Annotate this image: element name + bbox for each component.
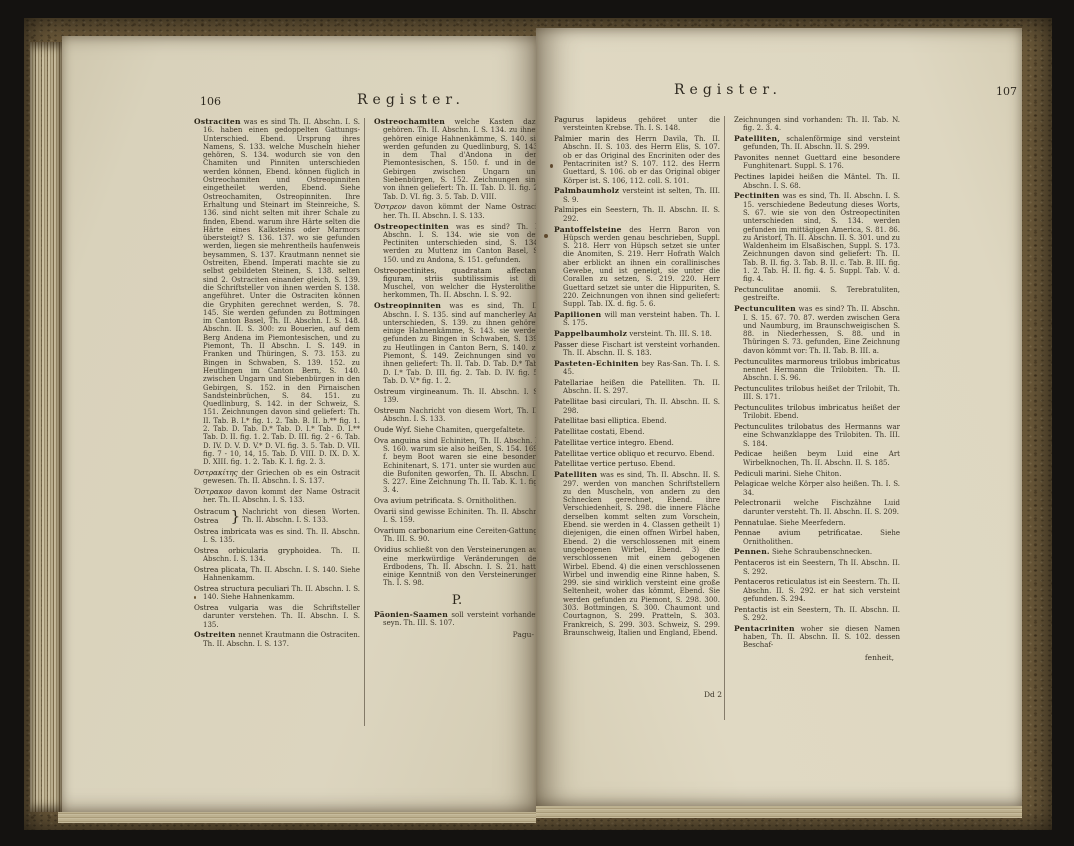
entry-text: Nachricht von diesem Wort, Th. II. Absch… (383, 407, 540, 423)
index-entry: Ostreum Nachricht von diesem Wort, Th. I… (374, 407, 540, 424)
index-entry: Pagurus lapideus gehöret unter die verst… (554, 116, 720, 133)
index-entry: Ostrea structura peculiari Th. II. Absch… (194, 585, 360, 602)
entry-headword: Ὄστρακον (194, 487, 232, 496)
index-entry: Ovidius schließt von den Versteinerungen… (374, 546, 540, 587)
entry-headword: Päonien-Saamen (374, 610, 448, 619)
entry-headword: Palmipes (554, 205, 587, 214)
entry-headword: Ostrea imbricata (194, 527, 256, 536)
left-running-head: 106 Register. (62, 92, 536, 112)
right-page: Register. 107 Pagurus lapideus gehöret u… (536, 28, 1022, 806)
index-entry: Patelliten, schalenförmige sind verstein… (734, 135, 900, 152)
index-entry: Pectines lapidei heißen die Mäntel. Th. … (734, 173, 900, 190)
entry-headword: Ὀστρακίτης (194, 468, 238, 477)
entry-headword: Patellitae vertice integro. (554, 438, 647, 447)
ink-speck (550, 164, 553, 168)
entry-headword: Ὄστρεον (374, 202, 406, 211)
entry-text: des Herrn Davila, Th. II. Abschn. II. S.… (563, 135, 720, 184)
index-entry: Pectunculites trilobus imbricatus heißet… (734, 404, 900, 421)
right-page-columns: Pagurus lapideus gehöret unter die verst… (554, 116, 918, 720)
entry-headword: Pectiniten (734, 191, 780, 200)
right-column-1: Pagurus lapideus gehöret unter die verst… (554, 116, 720, 720)
index-entry: Ova avium petrificata. S. Ornitholithen. (374, 497, 540, 505)
entry-text: Siehe Chiton. (794, 470, 842, 478)
entry-text: sind gewisse Echiniten. Th. II. Abschn. … (383, 508, 540, 524)
index-entry: Pectunculites trilobatus des Hermanns wa… (734, 423, 900, 448)
index-entry: Pelagicae welche Körper also heißen. Th.… (734, 480, 900, 497)
page-block-bottom-edge (58, 812, 536, 823)
index-entry: Pentaceros ist ein Seestern, Th II. Absc… (734, 559, 900, 576)
left-page-columns: Ostraciten was es sind Th. II. Abschn. I… (194, 118, 540, 726)
entry-headword: Ostreiten (194, 630, 236, 639)
left-page: 106 Register. Ostraciten was es sind Th.… (62, 36, 536, 812)
entry-headword: Pectunculites trilobatus (734, 422, 823, 431)
index-entry: Ὀστρακίτης der Griechen ob es ein Ostrac… (194, 469, 360, 486)
index-entry: Passer diese Fischart ist versteint vorh… (554, 341, 720, 358)
index-entry: Ostraciten was es sind Th. II. Abschn. I… (194, 118, 360, 466)
entry-text: sind Echiniten, Th. II. Abschn. I. S. 16… (383, 437, 540, 495)
entry-headword: Pentacriniten (734, 624, 795, 633)
index-entry: Pappelbaumholz versteint. Th. III. S. 18… (554, 330, 720, 338)
entry-headword: Pentaceros reticulatus (734, 577, 816, 586)
index-entry: Pasteten-Echiniten bey Ras-San. Th. I. S… (554, 360, 720, 377)
index-entry: Pennae avium petrificatae. Siehe Ornitho… (734, 529, 900, 546)
entry-headword: Patellitae costati, (554, 427, 617, 436)
entry-headword: Ostrea structura peculiari (194, 584, 289, 593)
entry-headword: Ova avium petrificata. (374, 496, 455, 505)
entry-headword: Pantoffelsteine (554, 225, 622, 234)
index-entry: Pectunculiten was es sind? Th. II. Absch… (734, 305, 900, 355)
entry-headword: Ovidius (374, 545, 401, 554)
index-entry: Ὄστρακον davon kommt der Name Ostracit h… (194, 488, 360, 505)
entry-headword: Ostreum (374, 406, 406, 415)
index-entry: Ostreopectiniten was es sind? Th. I. Abs… (374, 223, 540, 264)
entry-text: ein Seestern, Th. II. Abschn. II. S. 292… (563, 206, 720, 222)
entry-text: versteint. Th. III. S. 18. (629, 330, 712, 338)
entry-text: Nachricht von diesen Worten. Th. II. Abs… (242, 508, 360, 525)
entry-headword: Pectines lapidei (734, 172, 794, 181)
index-entry: Pennen. Siehe Schraubenschnecken. (734, 548, 900, 556)
entry-text: Ebend. (641, 417, 666, 425)
entry-headword: Ostracum (194, 507, 230, 516)
entry-text: Ebend. (650, 460, 675, 468)
entry-text: Siehe Meerfedern. (779, 519, 845, 527)
entry-headword: Ova anguina (374, 436, 420, 445)
entry-headword: Ostrea vulgaria (194, 603, 258, 612)
ink-speck (544, 234, 548, 238)
index-entry: Ostreochamiten welche Kasten dazu gehöre… (374, 118, 540, 201)
entry-text: was es sind, Th. II. Abschn. I. S. 15. v… (743, 192, 900, 283)
index-entry: Palmbaumholz versteint ist selten, Th. I… (554, 187, 720, 204)
entry-headword: Ovarii (374, 507, 396, 516)
entry-headword: Ostreochamiten (374, 118, 445, 126)
page-fore-edge (30, 42, 64, 812)
index-entry: Pediculi marini. Siehe Chiton. (734, 470, 900, 478)
entry-text: Ebend. (649, 439, 674, 447)
entry-headword: Ostrea (194, 516, 230, 525)
entry-text: nennet Hermann die Trilobiten. Th. II. A… (743, 366, 900, 382)
right-page-number: 107 (996, 85, 1017, 98)
index-entry: Ostrea vulgaria was die Schriftsteller d… (194, 604, 360, 629)
index-entry: Ὄστρεον davon kömmt der Name Ostracit he… (374, 203, 540, 220)
left-page-number: 106 (200, 95, 221, 108)
entry-headword: Papilionen (554, 310, 601, 319)
index-entry: Pectunculites marmoreus trilobus imbrica… (734, 358, 900, 383)
entry-headword: Pedicae (734, 449, 762, 458)
entry-headword: Pectunculites trilobus (734, 384, 814, 393)
index-entry: Patellitae vertice obliquo et recurvo. E… (554, 450, 720, 458)
entry-text: heißen beym Luid eine Art Wirbelknochen,… (743, 450, 900, 466)
index-entry: Pantoffelsteine des Herrn Baron von Hüps… (554, 226, 720, 309)
index-entry: Pectunculites trilobus heißet der Trilob… (734, 385, 900, 402)
entry-headword: Patellariae (554, 378, 593, 387)
entry-text: davon kömmt der Name Ostracit her. Th. I… (383, 203, 540, 219)
entry-headword: Pagurus lapideus (554, 116, 626, 124)
entry-text: Ebend. (689, 450, 714, 458)
entry-headword: Pennae avium petrificatae. (734, 528, 862, 537)
index-entry: Pentactis ist ein Seestern, Th. II. Absc… (734, 606, 900, 623)
index-entry: Ostrea imbricata was es sind. Th. II. Ab… (194, 528, 360, 545)
entry-headword: Pectunculites trilobus imbricatus (734, 403, 858, 412)
index-entry: Palmipes ein Seestern, Th. II. Abschn. I… (554, 206, 720, 223)
catchword: Pagu- (374, 630, 540, 639)
entry-headword: Palmbaumholz (554, 186, 619, 195)
entry-headword: Pappelbaumholz (554, 329, 627, 338)
entry-text: ist ein Seestern, Th. II. Abschn. II. S.… (743, 606, 900, 622)
index-entry: Palmier marin des Herrn Davila, Th. II. … (554, 135, 720, 185)
index-entry: Ostreiten nennet Krautmann die Ostracite… (194, 631, 360, 648)
entry-headword: Patelliten (554, 470, 597, 479)
entry-headword: Pectunculites marmoreus trilobus imbrica… (734, 357, 900, 366)
ink-speck (194, 596, 196, 599)
index-entry: Ostreopinniten was es sind, Th. II. Absc… (374, 302, 540, 385)
entry-text: Ebend. (619, 428, 644, 436)
index-entry: Patellariae heißen die Patelliten. Th. I… (554, 379, 720, 396)
index-entry: Papilionen will man versteint haben. Th.… (554, 311, 720, 328)
index-entry: Patellitae vertice pertuso. Ebend. (554, 460, 720, 468)
gathering-signature: Dd 2 (704, 690, 722, 699)
entry-headword: Ostreum virgineanum. (374, 387, 458, 396)
index-entry-continuation: Zeichnungen sind vorhanden: Th. II. Tab.… (734, 116, 900, 133)
entry-headword: Pectunculitae anomii. (734, 285, 820, 294)
catchword: fenheit, (734, 653, 900, 662)
right-column-2: Zeichnungen sind vorhanden: Th. II. Tab.… (724, 116, 900, 720)
entry-text: was es sind, Th. II. Abschn. II. S. 297.… (563, 471, 720, 637)
entry-headword: Pelectronarii (734, 498, 781, 507)
index-entry: Oude Wyf. Siehe Chamiten, quergefaltete. (374, 426, 540, 434)
entry-headword: Passer (554, 340, 578, 349)
index-entry: Pentacriniten woher sie diesen Namen hab… (734, 625, 900, 650)
index-entry: Pentaceros reticulatus ist ein Seestern.… (734, 578, 900, 603)
section-letter-heading: P. (374, 593, 540, 608)
entry-text: welche Kasten dazu gehören. Th. II. Absc… (383, 118, 540, 201)
entry-text: schließt von den Versteinerungen auf ein… (383, 546, 540, 587)
entry-text: S. Ornitholithen. (457, 497, 516, 505)
page-block-bottom-edge (536, 806, 1022, 818)
index-entry: Pectunculitae anomii. S. Terebratuliten,… (734, 286, 900, 303)
entry-headword: Ovarium carbonarium (374, 526, 455, 535)
index-entry: Ostrea plicata, Th. II. Abschn. I. S. 14… (194, 566, 360, 583)
index-entry: Pedicae heißen beym Luid eine Art Wirbel… (734, 450, 900, 467)
index-entry: Ova anguina sind Echiniten, Th. II. Absc… (374, 437, 540, 495)
entry-headword: Pentaceros (734, 558, 774, 567)
index-entry: Ostreum virgineanum. Th. II. Abschn. I. … (374, 388, 540, 405)
entry-headword: Pelagicae (734, 479, 769, 488)
entry-headword: Patellitae basi elliptica. (554, 416, 639, 425)
entry-headword: Patellitae vertice pertuso. (554, 459, 648, 468)
entry-headword: Pectunculiten (734, 304, 796, 313)
index-entry: Ostreopectinites, quadratam affectans fi… (374, 267, 540, 300)
entry-headword: Patellitae vertice obliquo et recurvo. (554, 449, 687, 458)
index-entry: Päonien-Saamen soll versteint vorhanden … (374, 611, 540, 628)
entry-headword: Ostraciten (194, 118, 241, 126)
left-column-2: Ostreochamiten welche Kasten dazu gehöre… (364, 118, 540, 726)
right-running-head: Register. 107 (536, 84, 1022, 104)
entry-text: diese Fischart ist versteint vorhanden. … (563, 341, 720, 357)
scanned-book-spread: 106 Register. Ostraciten was es sind Th.… (0, 0, 1074, 846)
brace-glyph: } (231, 512, 241, 520)
entry-text: Siehe Chamiten, quergefaltete. (414, 426, 525, 434)
index-entry: Patellitae vertice integro. Ebend. (554, 439, 720, 447)
right-running-title: Register. (674, 82, 782, 98)
entry-headword: Ostrea plicata, (194, 565, 248, 574)
left-running-title: Register. (357, 92, 465, 108)
index-entry: Patelliten was es sind, Th. II. Abschn. … (554, 471, 720, 637)
index-entry: Ovarii sind gewisse Echiniten. Th. II. A… (374, 508, 540, 525)
index-entry: Patellitae basi circulari, Th. II. Absch… (554, 398, 720, 415)
entry-headword: Ostreopectiniten (374, 222, 449, 231)
entry-text: was es sind Th. II. Abschn. I. S. 16. ha… (203, 118, 360, 466)
entry-text: was es sind, Th. II. Abschn. I. S. 135. … (383, 302, 540, 385)
index-entry: Patellitae costati, Ebend. (554, 428, 720, 436)
entry-headword: Ostreopinniten (374, 301, 441, 310)
index-entry: Pectiniten was es sind, Th. II. Abschn. … (734, 192, 900, 283)
entry-text: Siehe Schraubenschnecken. (772, 548, 872, 556)
entry-headword: Pennatulae. (734, 518, 777, 527)
entry-headword: Pasteten-Echiniten (554, 359, 639, 368)
entry-headword: Ostrea orbicularia gryphoidea. (194, 546, 321, 555)
index-entry: Ovarium carbonarium eine Cereiten-Gattun… (374, 527, 540, 544)
entry-headword: Patelliten, (734, 134, 780, 143)
index-entry: Patellitae basi elliptica. Ebend. (554, 417, 720, 425)
left-column-1: Ostraciten was es sind Th. II. Abschn. I… (194, 118, 360, 726)
entry-text: des Herrn Baron von Hüpsch werden genau … (563, 226, 720, 309)
entry-headword: Oude Wyf. (374, 425, 412, 434)
entry-headword: Pennen. (734, 547, 770, 556)
index-entry: Pennatulae. Siehe Meerfedern. (734, 519, 900, 527)
entry-text: was es sind? Th. II. Abschn. I. S. 15. 6… (743, 305, 900, 354)
index-entry: Pavonites nennet Guettard eine besondere… (734, 154, 900, 171)
entry-headword: Palmier marin (554, 134, 610, 143)
entry-headword: Pentactis (734, 605, 767, 614)
index-entry: Ostrea orbicularia gryphoidea. Th. II. A… (194, 547, 360, 564)
entry-text: Zeichnungen sind vorhanden: Th. II. Tab.… (734, 116, 900, 132)
entry-headword: Pavonites (734, 153, 769, 162)
entry-headword: Patellitae basi circulari, (554, 397, 642, 406)
index-entry: Pelectronarii welche Fischzähne Luid dar… (734, 499, 900, 516)
entry-headword: Pediculi marini. (734, 469, 791, 478)
index-entry: OstracumOstrea}Nachricht von diesen Wort… (194, 507, 360, 525)
